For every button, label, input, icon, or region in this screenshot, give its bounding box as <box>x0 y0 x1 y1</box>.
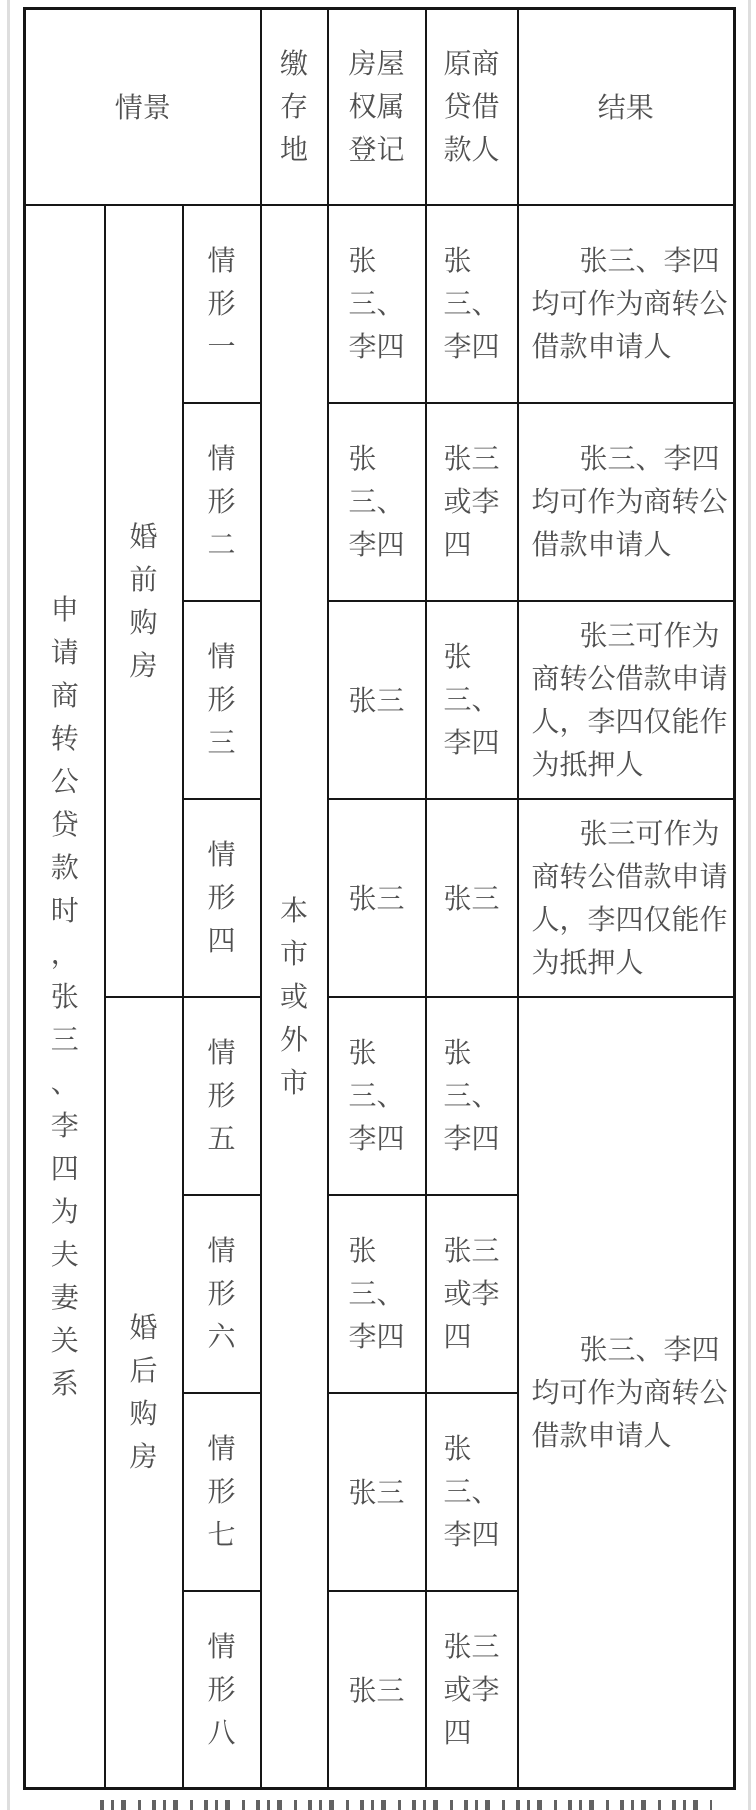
case-label: 情 形 七 <box>208 1427 236 1556</box>
group-post-marriage-label: 婚 后 购 房 <box>129 1306 157 1478</box>
original-borrower-value: 张三 或李 四 <box>444 437 500 566</box>
table-row-case-1: 申 请 商 转 公 贷 款 时 ， 张 三 、 李 四 为 夫 妻 关 系 婚 … <box>25 205 735 403</box>
cell-property-registration: 张 三、 李四 <box>328 403 426 601</box>
cell-property-registration: 张三 <box>328 1591 426 1789</box>
cell-property-registration: 张 三、 李四 <box>328 1195 426 1393</box>
cell-result-merged: 张三、李四 均可作为商转公 借款申请人 <box>518 997 735 1789</box>
cell-group-post-marriage: 婚 后 购 房 <box>105 997 183 1789</box>
property-registration-value: 张 三、 李四 <box>349 1229 405 1358</box>
cell-original-borrower: 张三 或李 四 <box>426 1591 518 1789</box>
cell-case-label: 情 形 七 <box>183 1393 261 1591</box>
cell-case-label: 情 形 三 <box>183 601 261 799</box>
table-row-case-5: 婚 后 购 房 情 形 五 张 三、 李四 张 三、 李四 张三、李四 均可作为… <box>25 997 735 1195</box>
header-cell-property-registration: 房屋 权属 登记 <box>328 9 426 205</box>
header-cell-scenario: 情景 <box>25 9 261 205</box>
cell-result: 张三可作为 商转公借款申请 人，李四仅能作 为抵押人 <box>518 601 735 799</box>
header-result-label: 结果 <box>598 86 654 129</box>
property-registration-value: 张三 <box>349 877 405 920</box>
property-registration-value: 张三 <box>349 679 405 722</box>
cell-left-note: 申 请 商 转 公 贷 款 时 ， 张 三 、 李 四 为 夫 妻 关 系 <box>25 205 105 1789</box>
case-label: 情 形 八 <box>208 1625 236 1754</box>
header-cell-result: 结果 <box>518 9 735 205</box>
deposit-value-text: 本 市 或 外 市 <box>280 889 308 1104</box>
cell-property-registration: 张三 <box>328 1393 426 1591</box>
header-original-borrower-label: 原商 贷借 款人 <box>444 42 500 171</box>
result-text: 张三可作为 商转公借款申请 人，李四仅能作 为抵押人 <box>519 614 734 786</box>
cell-property-registration: 张 三、 李四 <box>328 997 426 1195</box>
case-label: 情 形 三 <box>208 635 236 764</box>
original-borrower-value: 张 三、 李四 <box>444 1427 500 1556</box>
property-registration-value: 张 三、 李四 <box>349 239 405 368</box>
header-cell-original-borrower: 原商 贷借 款人 <box>426 9 518 205</box>
result-text: 张三、李四 均可作为商转公 借款申请人 <box>519 1328 734 1457</box>
cell-case-label: 情 形 六 <box>183 1195 261 1393</box>
cutoff-text-top-edge <box>100 1800 712 1810</box>
result-text: 张三、李四 均可作为商转公 借款申请人 <box>519 437 734 566</box>
property-registration-value: 张三 <box>349 1471 405 1514</box>
property-registration-value: 张 三、 李四 <box>349 437 405 566</box>
cell-deposit-value: 本 市 或 外 市 <box>261 205 328 1789</box>
result-text: 张三可作为 商转公借款申请 人，李四仅能作 为抵押人 <box>519 812 734 984</box>
cell-original-borrower: 张三 或李 四 <box>426 403 518 601</box>
cell-case-label: 情 形 一 <box>183 205 261 403</box>
group-pre-marriage-label: 婚 前 购 房 <box>129 515 157 687</box>
cell-group-pre-marriage: 婚 前 购 房 <box>105 205 183 997</box>
cell-original-borrower: 张 三、 李四 <box>426 601 518 799</box>
original-borrower-value: 张 三、 李四 <box>444 1031 500 1160</box>
case-label: 情 形 二 <box>208 437 236 566</box>
page-edge-right <box>748 0 751 1810</box>
property-registration-value: 张三 <box>349 1669 405 1712</box>
table-header-row: 情景 缴 存 地 房屋 权属 登记 原商 贷借 款人 结果 <box>25 9 735 205</box>
original-borrower-value: 张三 <box>444 877 500 920</box>
loan-scenario-table: 情景 缴 存 地 房屋 权属 登记 原商 贷借 款人 结果 申 请 商 转 公 … <box>23 7 736 1790</box>
header-deposit-place-label: 缴 存 地 <box>280 42 308 171</box>
cell-original-borrower: 张 三、 李四 <box>426 997 518 1195</box>
original-borrower-value: 张 三、 李四 <box>444 239 500 368</box>
cell-result: 张三、李四 均可作为商转公 借款申请人 <box>518 205 735 403</box>
page-edge-left <box>7 0 10 1810</box>
result-text: 张三、李四 均可作为商转公 借款申请人 <box>519 239 734 368</box>
original-borrower-value: 张三 或李 四 <box>444 1625 500 1754</box>
cell-original-borrower: 张 三、 李四 <box>426 1393 518 1591</box>
cell-property-registration: 张三 <box>328 799 426 997</box>
original-borrower-value: 张三 或李 四 <box>444 1229 500 1358</box>
cell-case-label: 情 形 八 <box>183 1591 261 1789</box>
header-scenario-label: 情景 <box>115 86 171 129</box>
case-label: 情 形 四 <box>208 833 236 962</box>
cell-original-borrower: 张三 或李 四 <box>426 1195 518 1393</box>
property-registration-value: 张 三、 李四 <box>349 1031 405 1160</box>
cell-result: 张三、李四 均可作为商转公 借款申请人 <box>518 403 735 601</box>
case-label: 情 形 六 <box>208 1229 236 1358</box>
article-page: 情景 缴 存 地 房屋 权属 登记 原商 贷借 款人 结果 申 请 商 转 公 … <box>0 0 756 1810</box>
cell-property-registration: 张 三、 李四 <box>328 205 426 403</box>
header-cell-deposit-place: 缴 存 地 <box>261 9 328 205</box>
cell-result: 张三可作为 商转公借款申请 人，李四仅能作 为抵押人 <box>518 799 735 997</box>
cell-property-registration: 张三 <box>328 601 426 799</box>
left-note-text: 申 请 商 转 公 贷 款 时 ， 张 三 、 李 四 为 夫 妻 关 系 <box>51 588 79 1405</box>
cell-case-label: 情 形 四 <box>183 799 261 997</box>
original-borrower-value: 张 三、 李四 <box>444 635 500 764</box>
cell-case-label: 情 形 五 <box>183 997 261 1195</box>
case-label: 情 形 一 <box>208 239 236 368</box>
header-property-registration-label: 房屋 权属 登记 <box>349 42 405 171</box>
cell-original-borrower: 张 三、 李四 <box>426 205 518 403</box>
cell-original-borrower: 张三 <box>426 799 518 997</box>
case-label: 情 形 五 <box>208 1031 236 1160</box>
cell-case-label: 情 形 二 <box>183 403 261 601</box>
